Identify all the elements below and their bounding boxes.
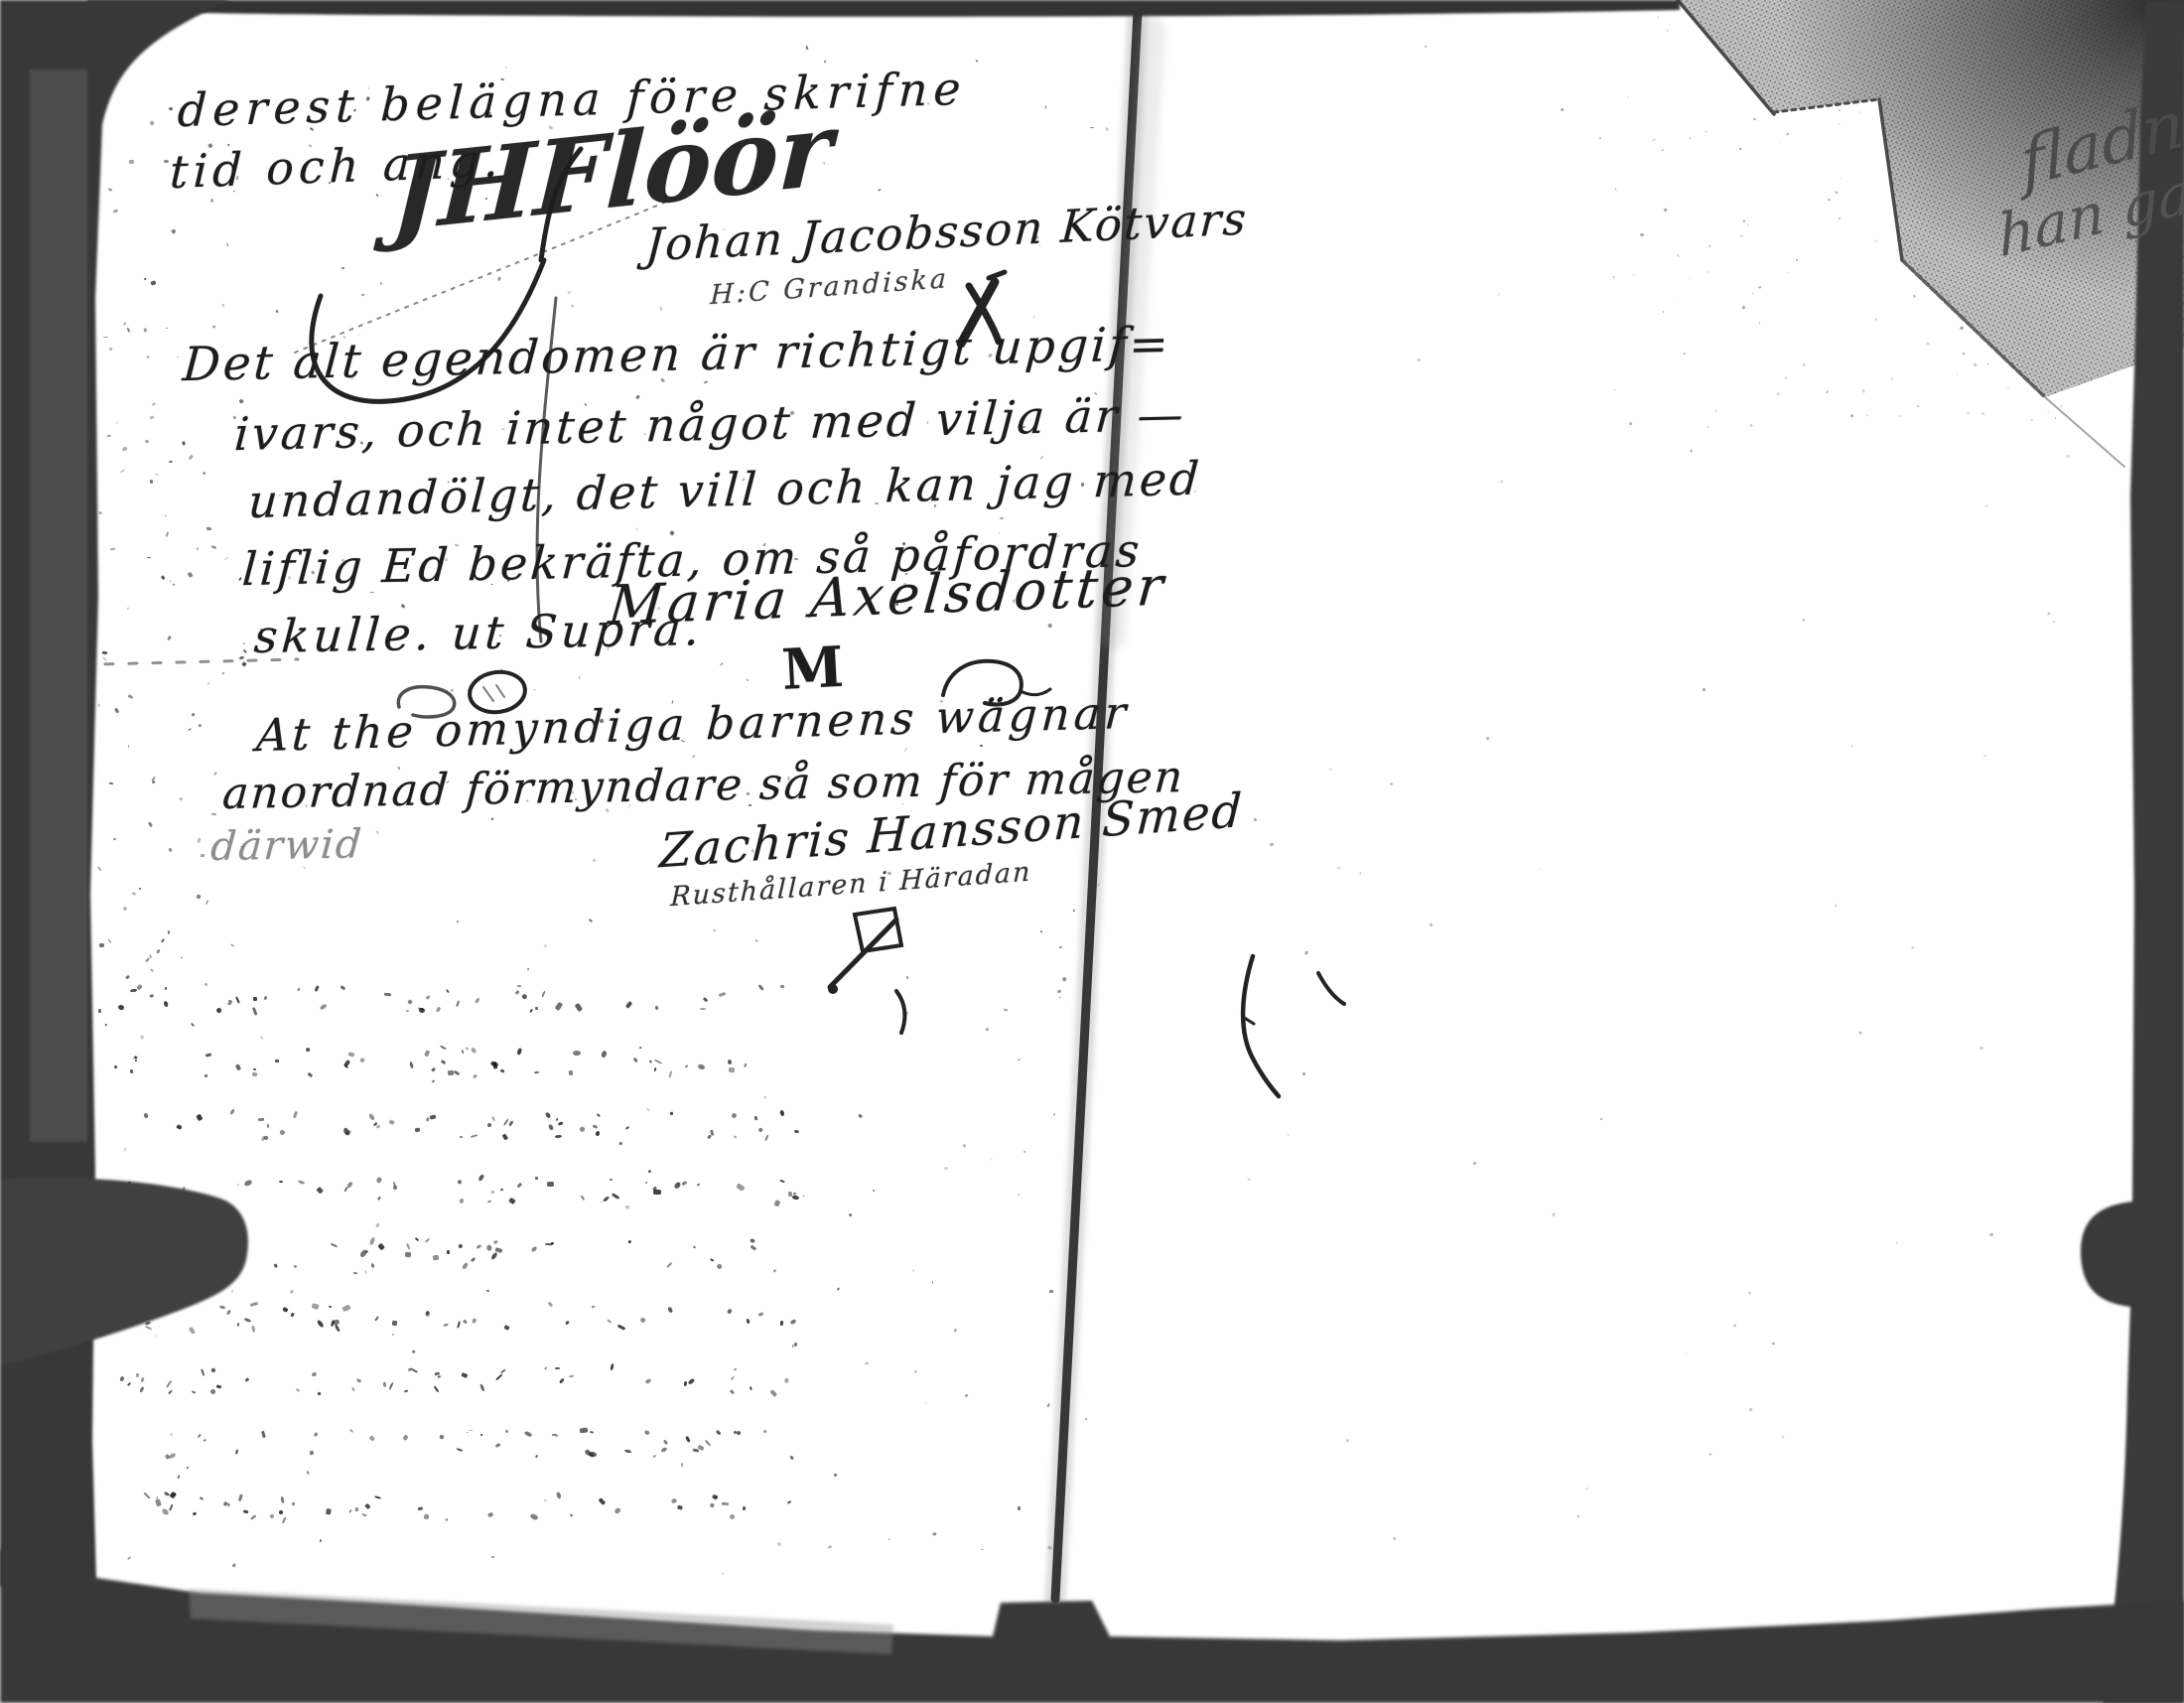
signature-johan-subline: H:C Grandiska — [710, 263, 950, 311]
initial-m-mark: M — [780, 635, 845, 703]
left-clip-shadow — [0, 1178, 248, 1365]
scanned-document: derest belägna före skrifne tid och ang.… — [0, 0, 2184, 1703]
paragraph1-line1: Det alt egendomen är richtigt upgif= — [181, 317, 1172, 392]
paren-mark — [896, 991, 904, 1033]
right-clip-shadow — [2081, 0, 2184, 1703]
border-left — [0, 0, 248, 1587]
paragraph1-line2: ivars, och intet något med vilja är — — [232, 387, 1187, 461]
border-right — [2081, 0, 2184, 1703]
paragraph2-line3-faded: därwid — [209, 821, 364, 870]
house-mark-flag — [828, 909, 901, 994]
paragraph2-line1: At the omyndiga barnens wägnar — [255, 686, 1132, 762]
border-bottom — [0, 1549, 2184, 1703]
right-page-ink-curves — [1243, 956, 1344, 1096]
border-top — [87, 0, 1680, 17]
paragraph1-line3: undandölgt, det vill och kan jag med — [247, 452, 1204, 529]
